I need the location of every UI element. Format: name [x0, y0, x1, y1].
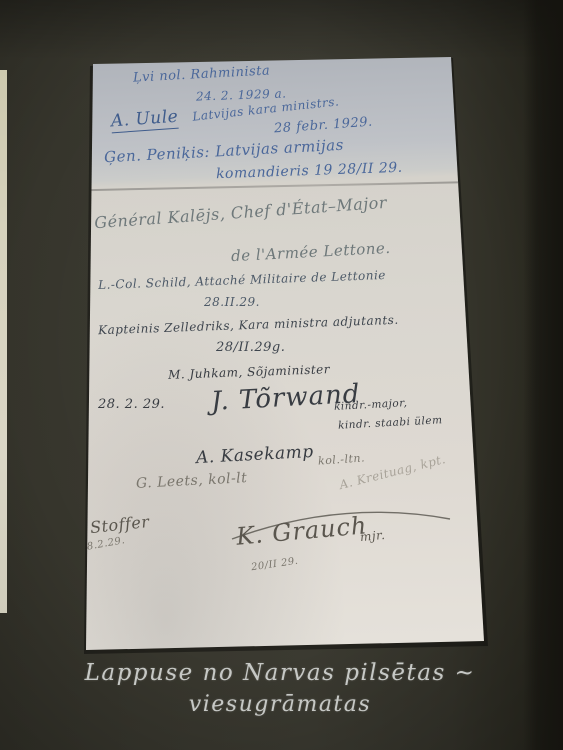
signature-leets: G. Leets, kol-lt	[136, 470, 248, 492]
title-kol-ltn: kol.-ltn.	[318, 451, 366, 467]
signature-penikis: Ģen. Peniķis: Latvijas armijas	[104, 136, 345, 167]
signature-juhkam: M. Juhkam, Sõjaminister	[168, 362, 330, 382]
date-line: 20/II 29.	[250, 556, 299, 574]
date-line: 28.II.29.	[204, 295, 260, 309]
signature-adjutant: Kapteinis Zelledriks, Kara ministra adju…	[98, 313, 399, 337]
signature-kalejs: Général Kalējs, Chef d'État–Major	[94, 193, 388, 232]
date-line: 28. 2. 29.	[98, 397, 165, 412]
title-major: mjr.	[359, 528, 385, 544]
paper-fold-line	[86, 181, 484, 191]
top-shadow	[0, 0, 563, 60]
title-armee-lettone: de l'Armée Lettone.	[231, 239, 391, 265]
album-caption-line2: viesugrāmatas	[30, 692, 530, 717]
signature-uule: A. Uule	[110, 107, 179, 134]
date-line: 28 febr. 1929.	[274, 115, 374, 137]
album-caption-line1: Lappuse no Narvas pilsētas ~	[30, 660, 530, 686]
date-line: 28/II.29g.	[216, 340, 285, 355]
signature-schild: L.-Col. Schild, Attaché Militaire de Let…	[98, 268, 386, 292]
title-army-commander: komandieris 19 28/II 29.	[216, 160, 403, 183]
signature-kasekamp: A. Kasekamp	[196, 442, 315, 468]
title-kindral-major: kindr.-major,	[334, 397, 408, 413]
facing-page-edge	[0, 70, 7, 613]
title-staff-chief: kindr. staabi ülem	[338, 414, 443, 431]
signature-line-minister: Ļvi nol. Rahminista	[133, 63, 271, 85]
album-edge-shadow	[523, 0, 563, 750]
guestbook-photo: Ļvi nol. Rahminista 24. 2. 1929 a. A. Uu…	[86, 57, 484, 650]
album-photo-page: { "scene": { "description": "Photograph …	[0, 0, 563, 750]
signature-stoffer: Stoffer	[89, 512, 150, 537]
